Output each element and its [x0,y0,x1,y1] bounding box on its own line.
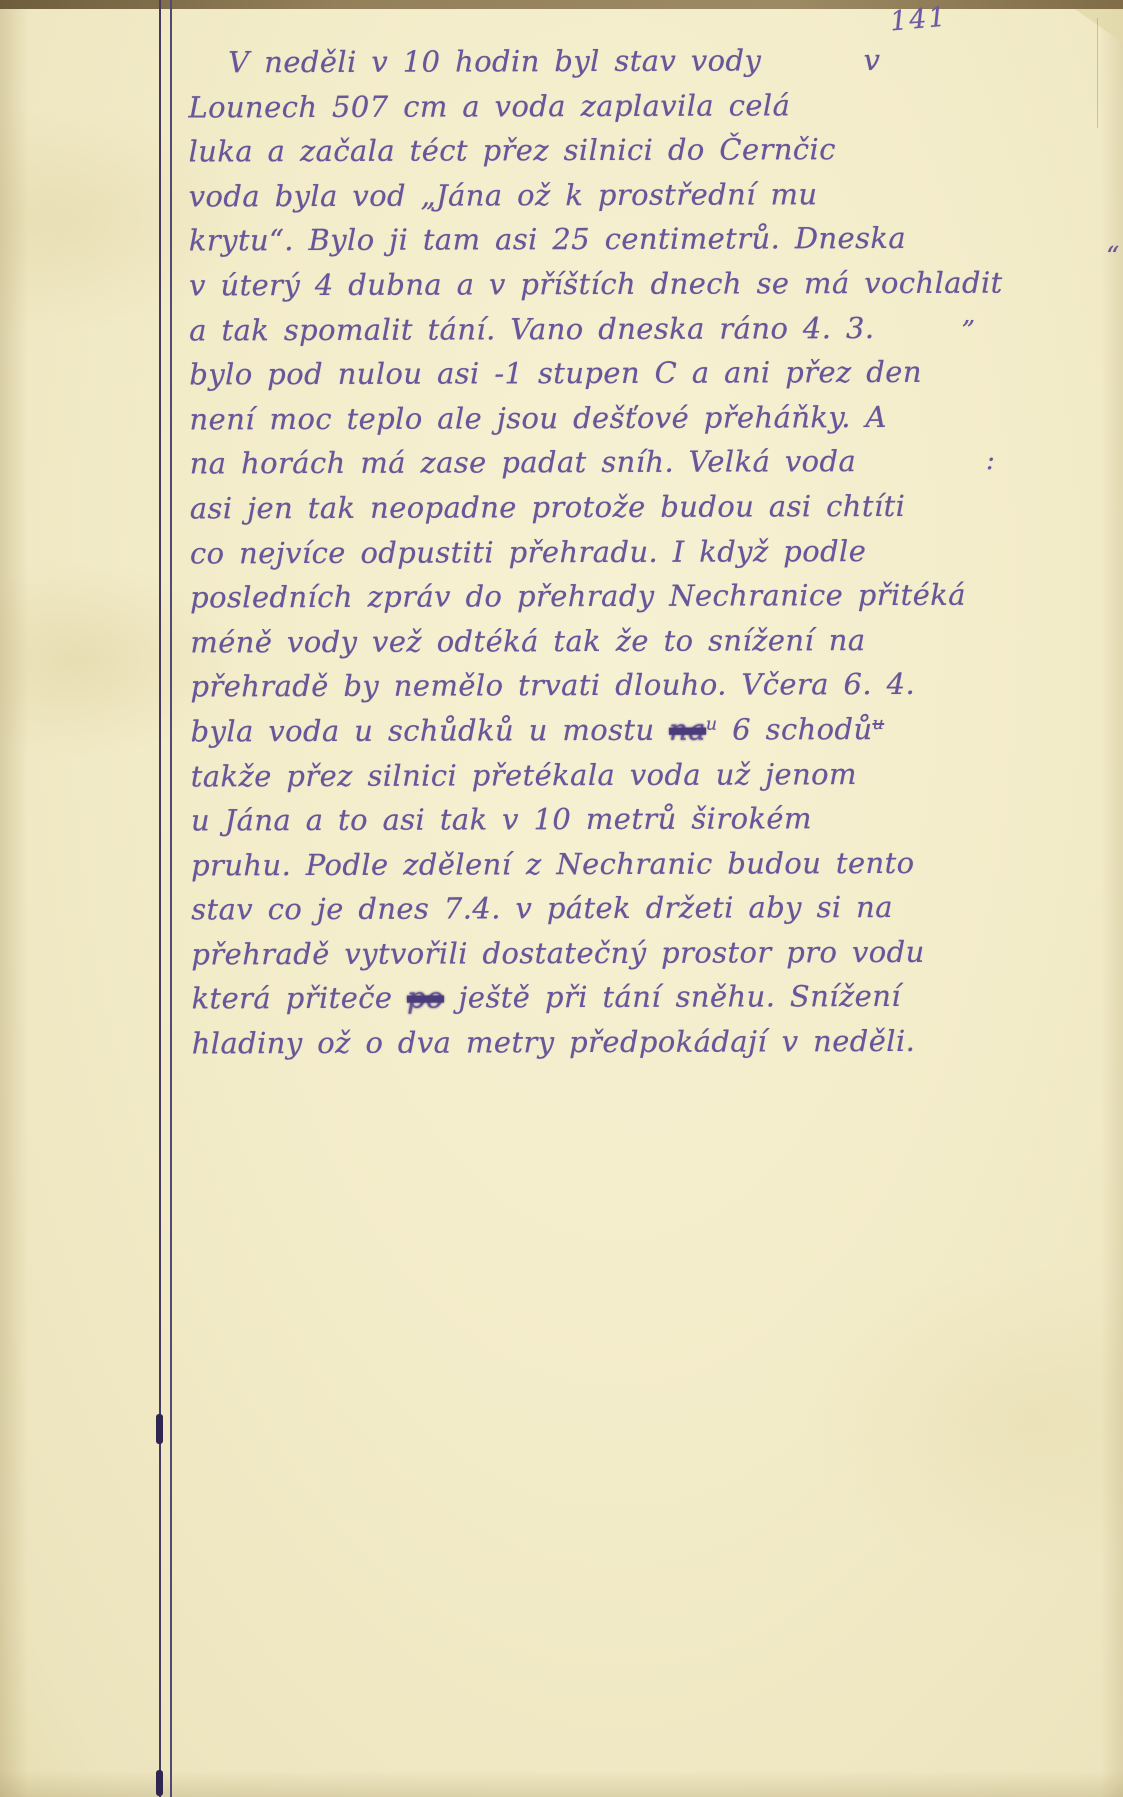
text-segment: na [669,713,706,747]
text-segment: přehradě vytvořili dostatečný prostor pr… [191,935,924,972]
text-segment: přehradě by nemělo trvati dlouho. Včera … [190,667,915,704]
handwritten-line: která přiteče po ještě při tání sněhu. S… [191,979,1001,1026]
handwritten-line: krytu“. Bylo ji tam asi 25 centimetrů. D… [189,221,999,268]
text-segment: takže přez silnici přetékala voda už jen… [191,757,857,793]
handwritten-line: byla voda u schůdků u mostu nau 6 schodů… [191,711,1001,758]
text-segment: a tak spomalit tání. Vano dneska ráno 4.… [189,311,874,347]
handwritten-line: luka a začala téct přez silnici do Černč… [189,132,999,179]
text-segment: ještě při tání sněhu. Snížení [444,979,901,1015]
scan-top-edge [0,0,1123,9]
handwritten-line: u Jána a to asi tak v 10 metrů širokém [191,801,1001,848]
handwritten-line: méně vody vež odtéká tak že to snížení n… [190,622,1000,669]
text-segment: stav co je dnes 7.4. v pátek držeti aby … [191,890,893,926]
handwritten-line: Lounech 507 cm a voda zaplavila celá [188,87,998,134]
handwritten-line: voda byla vod „Jána ož k prostřední mu [189,176,999,223]
text-segment: v úterý 4 dubna a v příštích dnech se má… [189,266,1003,303]
page-corner-fold [1075,9,1123,43]
margin-ink-blot [156,1414,163,1444]
text-segment: u Jána a to asi tak v 10 metrů širokém [191,801,812,837]
handwritten-text-block: V neděli v 10 hodin byl stav vody vLoune… [188,43,1002,1071]
page-number: 141 [889,2,949,38]
text-segment: hladiny ož o dva metry předpokádají v ne… [192,1024,916,1061]
handwritten-line: v úterý 4 dubna a v příštích dnech se má… [189,266,999,313]
margin-ink-blot [156,1770,163,1796]
margin-mark: : [986,446,995,476]
text-segment: po [407,981,444,1015]
paper-crease [1097,18,1098,128]
text-segment: bylo pod nulou asi -1 stupen C a ani pře… [189,355,922,392]
text-segment: posledních zpráv do přehrady Nechranice … [190,578,966,615]
text-segment: pruhu. Podle zdělení z Nechranic budou t… [191,846,915,883]
text-segment: u [706,714,718,734]
handwritten-line: posledních zpráv do přehrady Nechranice … [190,578,1000,625]
text-segment: asi jen tak neopadne protože budou asi c… [190,489,906,525]
text-segment: byla voda u schůdků u mostu [191,713,670,749]
text-segment: méně vody vež odtéká tak že to snížení n… [190,623,865,659]
handwritten-line: hladiny ož o dva metry předpokádají v ne… [192,1024,1002,1071]
text-segment: luka a začala téct přez silnici do Černč… [189,132,836,168]
text-segment: voda byla vod „Jána ož k prostřední mu [189,177,818,213]
handwritten-line: asi jen tak neopadne protože budou asi c… [190,489,1000,536]
text-segment: krytu“. Bylo ji tam asi 25 centimetrů. D… [189,221,906,258]
text-segment: u [872,714,884,734]
text-segment: 6 schodů [717,712,872,747]
text-segment: která přiteče [191,981,407,1016]
handwritten-line: V neděli v 10 hodin byl stav vody v [188,43,998,90]
handwritten-line: přehradě by nemělo trvati dlouho. Včera … [190,667,1000,714]
handwritten-line: a tak spomalit tání. Vano dneska ráno 4.… [189,310,999,357]
handwritten-line: co nejvíce odpustiti přehradu. I když po… [190,533,1000,580]
text-segment: co nejvíce odpustiti přehradu. I když po… [190,534,866,570]
margin-rule-outer [159,0,161,1797]
text-segment: V neděli v 10 hodin byl stav vody v [228,43,880,79]
text-segment: není moc teplo ale jsou dešťové přeháňky… [189,400,886,436]
margin-mark: „ [962,300,975,330]
handwritten-line: pruhu. Podle zdělení z Nechranic budou t… [191,845,1001,892]
handwritten-line: takže přez silnici přetékala voda už jen… [191,756,1001,803]
handwritten-line: bylo pod nulou asi -1 stupen C a ani pře… [189,355,999,402]
handwritten-line: není moc teplo ale jsou dešťové přeháňky… [189,399,999,446]
margin-mark: “ [1106,242,1119,272]
handwritten-line: stav co je dnes 7.4. v pátek držeti aby … [191,890,1001,937]
handwritten-line: přehradě vytvořili dostatečný prostor pr… [191,934,1001,981]
scanned-notebook-page: 141 V neděli v 10 hodin byl stav vody vL… [0,0,1123,1797]
text-segment: na horách má zase padat sníh. Velká voda [190,444,857,480]
handwritten-line: na horách má zase padat sníh. Velká voda [190,444,1000,491]
text-segment: Lounech 507 cm a voda zaplavila celá [188,88,790,124]
margin-rule-inner [170,0,172,1797]
